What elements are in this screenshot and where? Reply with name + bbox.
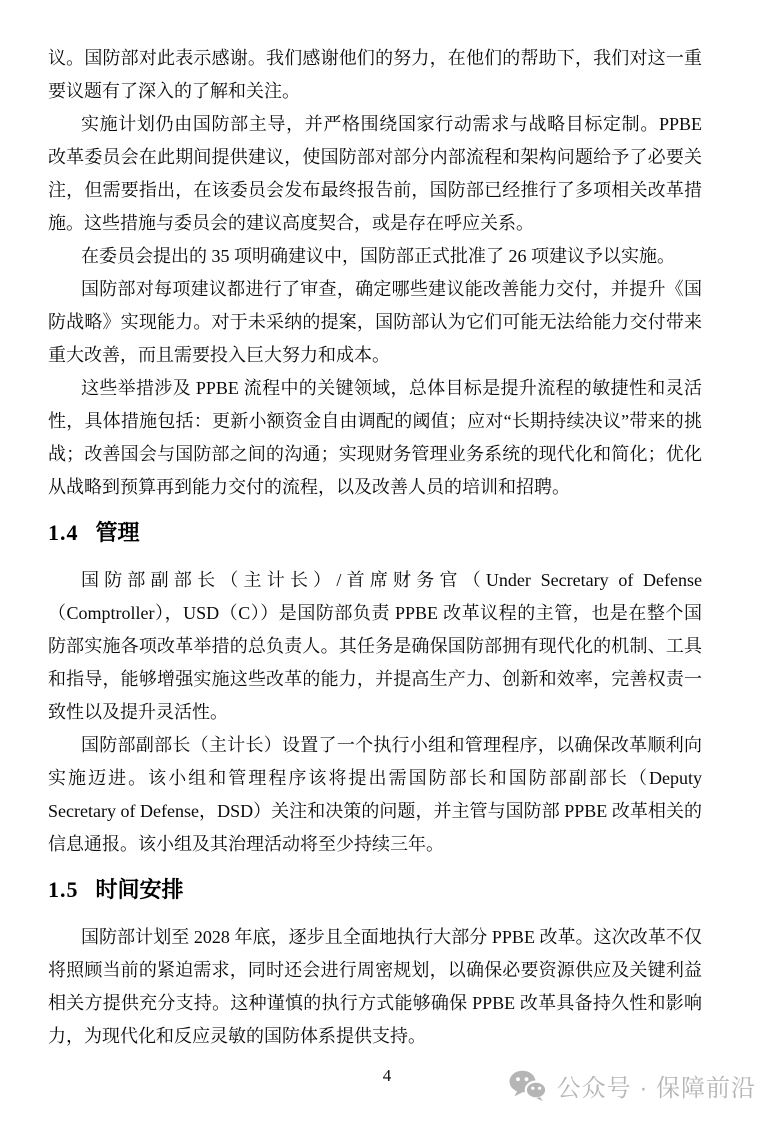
section-number: 1.5 [48, 877, 79, 902]
document-page: 议。国防部对此表示感谢。我们感谢他们的努力，在他们的帮助下，我们对这一重要议题有… [0, 0, 774, 1121]
section-title: 管理 [96, 520, 140, 545]
watermark-text: 公众号 · 保障前沿 [557, 1068, 756, 1103]
section-heading-management: 1.4管理 [48, 520, 702, 546]
paragraph: 国防部副部长（主计长）设置了一个执行小组和管理程序，以确保改革顺利向实施迈进。该… [48, 729, 702, 861]
paragraph: 这些举措涉及 PPBE 流程中的关键领域，总体目标是提升流程的敏捷性和灵活性，具… [48, 372, 702, 504]
paragraph: 议。国防部对此表示感谢。我们感谢他们的努力，在他们的帮助下，我们对这一重要议题有… [48, 42, 702, 108]
paragraph: 在委员会提出的 35 项明确建议中，国防部正式批准了 26 项建议予以实施。 [48, 240, 702, 273]
paragraph: 国防部计划至 2028 年底，逐步且全面地执行大部分 PPBE 改革。这次改革不… [48, 921, 702, 1053]
section-heading-timeline: 1.5时间安排 [48, 877, 702, 903]
watermark: 公众号 · 保障前沿 [509, 1068, 756, 1103]
paragraph: 国防部对每项建议都进行了审查，确定哪些建议能改善能力交付，并提升《国防战略》实现… [48, 273, 702, 372]
paragraph: 国防部副部长（主计长）/首席财务官（Under Secretary of Def… [48, 564, 702, 729]
section-number: 1.4 [48, 520, 79, 545]
wechat-icon [509, 1070, 547, 1102]
page-body: 议。国防部对此表示感谢。我们感谢他们的努力，在他们的帮助下，我们对这一重要议题有… [48, 42, 702, 1053]
paragraph: 实施计划仍由国防部主导，并严格围绕国家行动需求与战略目标定制。PPBE 改革委员… [48, 108, 702, 240]
section-title: 时间安排 [96, 877, 184, 902]
